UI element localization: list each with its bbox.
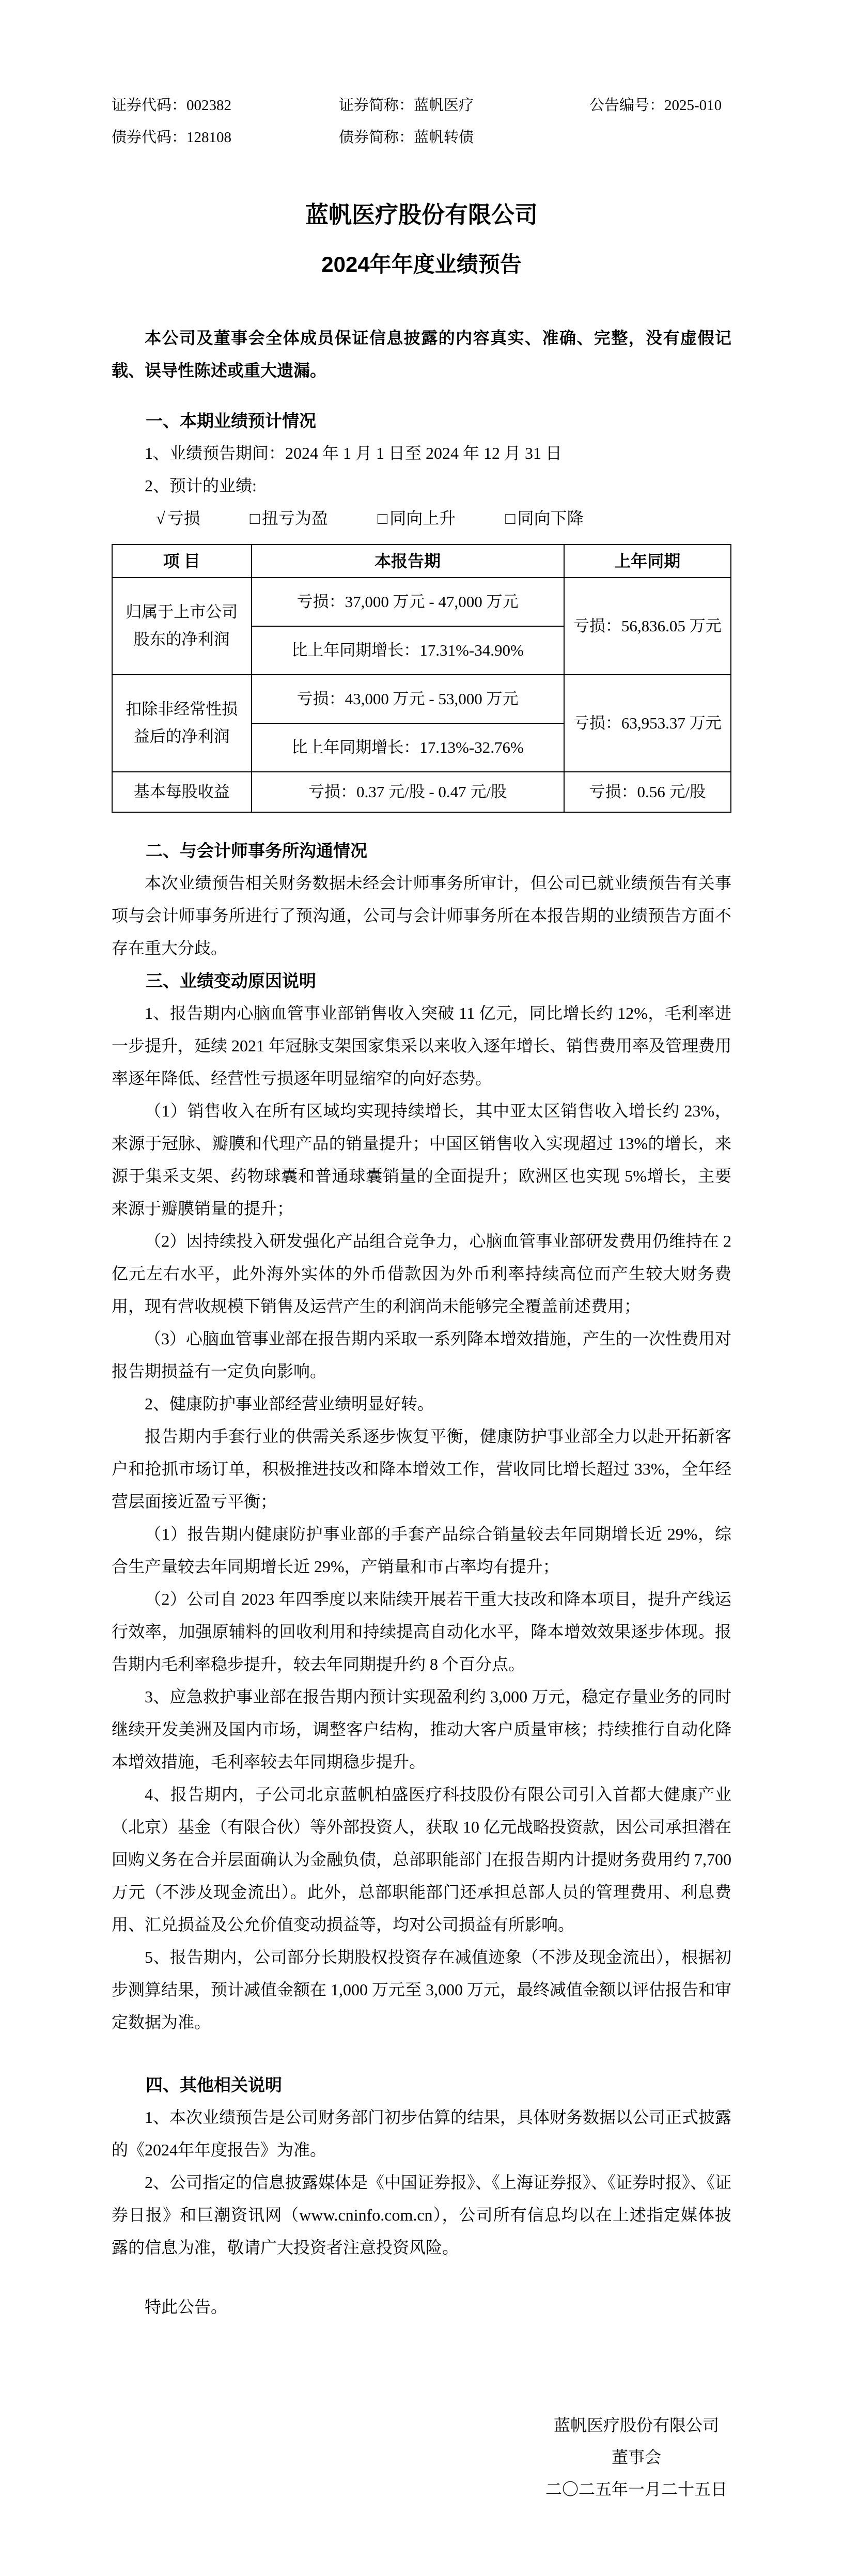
option-same-direction-down-label: 同向下降 [518,502,584,535]
checkbox-empty-icon: □ [505,502,515,535]
deducted-profit-prior: 亏损：63,953.37 万元 [564,675,731,772]
section-2-heading: 二、与会计师事务所沟通情况 [112,834,731,867]
option-turn-profit-label: 扭亏为盈 [262,502,328,535]
forecast-type-options: √ 亏损 □ 扭亏为盈 □ 同向上升 □ 同向下降 [112,502,731,535]
reason-paragraph-3: （2）因持续投入研发强化产品组合竞争力，心脑血管事业部研发费用仍维持在 2 亿元… [112,1225,731,1323]
net-profit-prior: 亏损：56,836.05 万元 [564,578,731,675]
check-mark-icon: √ [156,502,165,535]
bond-short-name: 债券简称：蓝帆转债 [339,128,589,147]
table-row-net-profit: 归属于上市公司股东的净利润 亏损：37,000 万元 - 47,000 万元 亏… [112,578,731,626]
table-row-eps: 基本每股收益 亏损：0.37 元/股 - 0.47 元/股 亏损：0.56 元/… [112,772,731,812]
deducted-profit-item-label: 扣除非经常性损益后的净利润 [112,675,252,772]
option-same-direction-up-label: 同向上升 [389,502,456,535]
performance-table: 项 目 本报告期 上年同期 归属于上市公司股东的净利润 亏损：37,000 万元… [112,544,731,813]
reason-paragraph-8: （2）公司自 2023 年四季度以来陆续开展若干重大技改和降本项目，提升产线运行… [112,1583,731,1681]
net-profit-item-label: 归属于上市公司股东的净利润 [112,578,252,675]
net-profit-current-loss: 亏损：37,000 万元 - 47,000 万元 [252,578,564,626]
header-row-bond: 债券代码：128108 债券简称：蓝帆转债 [112,128,731,147]
option-turn-profit: □ 扭亏为盈 [250,502,328,535]
reason-paragraph-1: 1、报告期内心脑血管事业部销售收入突破 11 亿元，同比增长约 12%，毛利率进… [112,997,731,1095]
stock-short-name: 证券简称：蓝帆医疗 [339,96,589,115]
table-header-row: 项 目 本报告期 上年同期 [112,545,731,578]
eps-prior: 亏损：0.56 元/股 [564,772,731,812]
reason-paragraph-9: 3、应急救护事业部在报告期内预计实现盈利约 3,000 万元，稳定存量业务的同时… [112,1681,731,1778]
bond-code: 债券代码：128108 [112,128,339,147]
reason-paragraph-10: 4、报告期内，子公司北京蓝帆柏盛医疗科技股份有限公司引入首都大健康产业（北京）基… [112,1778,731,1941]
section-1-heading: 一、本期业绩预计情况 [112,405,731,437]
checkbox-empty-icon: □ [378,502,387,535]
header-spacer [589,128,731,147]
table-header-current-period: 本报告期 [252,545,564,578]
reason-paragraph-2: （1）销售收入在所有区域均实现持续增长，其中亚太区销售收入增长约 23%，来源于… [112,1095,731,1225]
section-3-heading: 三、业绩变动原因说明 [112,965,731,997]
deducted-profit-current-growth: 比上年同期增长：17.13%-32.76% [252,723,564,772]
eps-item-label: 基本每股收益 [112,772,252,812]
disclaimer-statement: 本公司及董事会全体成员保证信息披露的内容真实、准确、完整，没有虚假记载、误导性陈… [112,322,731,387]
reason-paragraph-11: 5、报告期内，公司部分长期股权投资存在减值迹象（不涉及现金流出），根据初步测算结… [112,1941,731,2039]
table-row-deducted-profit: 扣除非经常性损益后的净利润 亏损：43,000 万元 - 53,000 万元 亏… [112,675,731,723]
reason-paragraph-4: （3）心脑血管事业部在报告期内采取一系列降本增效措施，产生的一次性费用对报告期损… [112,1323,731,1388]
net-profit-current-growth: 比上年同期增长：17.31%-34.90% [252,626,564,675]
header-row-stock: 证券代码：002382 证券简称：蓝帆医疗 公告编号：2025-010 [112,96,731,115]
table-header-prior-period: 上年同期 [564,545,731,578]
option-loss: √ 亏损 [156,502,200,535]
company-title: 蓝帆医疗股份有限公司 [112,200,731,229]
table-header-item: 项 目 [112,545,252,578]
checkbox-empty-icon: □ [250,502,260,535]
option-same-direction-up: □ 同向上升 [378,502,456,535]
reason-paragraph-5: 2、健康防护事业部经营业绩明显好转。 [112,1388,731,1420]
reason-paragraph-7: （1）报告期内健康防护事业部的手套产品综合销量较去年同期增长近 29%，综合生产… [112,1518,731,1583]
section-4-heading: 四、其他相关说明 [112,2069,731,2101]
signature-block: 蓝帆医疗股份有限公司 董事会 二〇二五年一月二十五日 [545,2409,727,2505]
report-subtitle: 2024年年度业绩预告 [112,251,731,278]
section-2-body: 本次业绩预告相关财务数据未经会计师事务所审计，但公司已就业绩预告有关事项与会计师… [112,867,731,965]
option-same-direction-down: □ 同向下降 [505,502,583,535]
option-loss-label: 亏损 [167,502,200,535]
closing-notice: 特此公告。 [112,2291,731,2323]
deducted-profit-current-loss: 亏损：43,000 万元 - 53,000 万元 [252,675,564,723]
other-note-2: 2、公司指定的信息披露媒体是《中国证券报》、《上海证券报》、《证券时报》、《证券… [112,2166,731,2264]
document-header: 证券代码：002382 证券简称：蓝帆医疗 公告编号：2025-010 债券代码… [112,96,731,147]
stock-code: 证券代码：002382 [112,96,339,115]
signature-date: 二〇二五年一月二十五日 [545,2473,727,2505]
announcement-document: 证券代码：002382 证券简称：蓝帆医疗 公告编号：2025-010 债券代码… [0,0,843,2576]
other-note-1: 1、本次业绩预告是公司财务部门初步估算的结果，具体财务数据以公司正式披露的《20… [112,2101,731,2166]
forecast-period: 1、业绩预告期间：2024 年 1 月 1 日至 2024 年 12 月 31 … [112,437,731,470]
eps-current-loss: 亏损：0.37 元/股 - 0.47 元/股 [252,772,564,812]
signature-board: 董事会 [545,2441,727,2473]
announcement-number: 公告编号：2025-010 [589,96,731,115]
reason-paragraph-6: 报告期内手套行业的供需关系逐步恢复平衡，健康防护事业部全力以赴开拓新客户和抢抓市… [112,1420,731,1518]
signature-company: 蓝帆医疗股份有限公司 [545,2409,727,2441]
forecast-results-label: 2、预计的业绩: [112,470,731,502]
